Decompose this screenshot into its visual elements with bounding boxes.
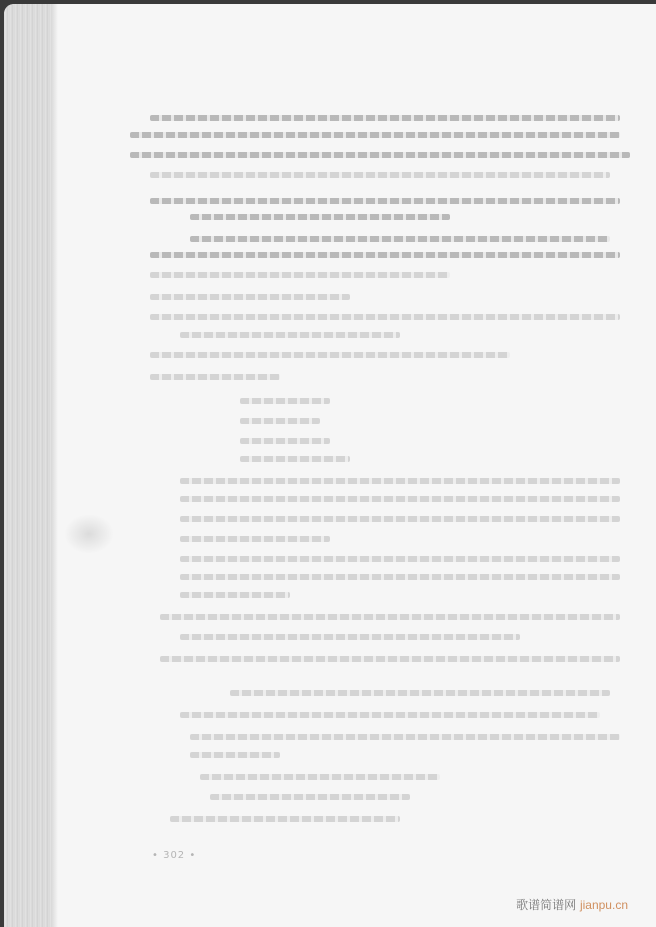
faded-text-line	[190, 734, 620, 740]
faded-text-line	[180, 556, 620, 562]
faded-text-line	[180, 712, 600, 718]
faded-text-line	[150, 198, 620, 204]
faded-text-line	[240, 438, 330, 444]
faded-text-line	[190, 236, 610, 242]
faded-text-line	[240, 456, 350, 462]
faded-text-line	[160, 656, 620, 662]
faded-text-line	[180, 496, 620, 502]
scan-smudge	[64, 514, 114, 554]
faded-text-line	[230, 690, 610, 696]
faded-text-line	[190, 752, 280, 758]
watermark: 歌谱简谱网 jianpu.cn	[516, 896, 628, 913]
faded-text-line	[180, 574, 620, 580]
faded-text-line	[150, 252, 620, 258]
faded-text-line	[180, 536, 330, 542]
faded-text-line	[170, 816, 400, 822]
faded-text-line	[130, 152, 630, 158]
faded-text-line	[130, 132, 620, 138]
faded-text-line	[240, 418, 320, 424]
scanned-page: • 302 • 歌谱简谱网 jianpu.cn	[4, 4, 656, 927]
faded-text-line	[180, 332, 400, 338]
faded-text-line	[150, 272, 450, 278]
faded-text-line	[160, 614, 620, 620]
faded-text-line	[180, 592, 290, 598]
watermark-site-name: 歌谱简谱网	[516, 898, 576, 912]
faded-text-line	[200, 774, 440, 780]
faded-text-line	[150, 115, 620, 121]
faded-text-line	[150, 314, 620, 320]
page-number: • 302 •	[152, 850, 196, 861]
page-stack-edge	[4, 4, 52, 927]
faded-text-line	[180, 516, 620, 522]
faded-text-line	[180, 634, 520, 640]
faded-text-line	[180, 478, 620, 484]
faded-text-line	[210, 794, 410, 800]
faded-text-line	[190, 214, 450, 220]
page-edge-shadow	[52, 4, 58, 927]
faded-text-line	[150, 374, 280, 380]
faded-text-line	[240, 398, 330, 404]
faded-text-line	[150, 352, 510, 358]
faded-text-line	[150, 172, 610, 178]
faded-text-line	[150, 294, 350, 300]
watermark-url: jianpu.cn	[580, 898, 628, 912]
